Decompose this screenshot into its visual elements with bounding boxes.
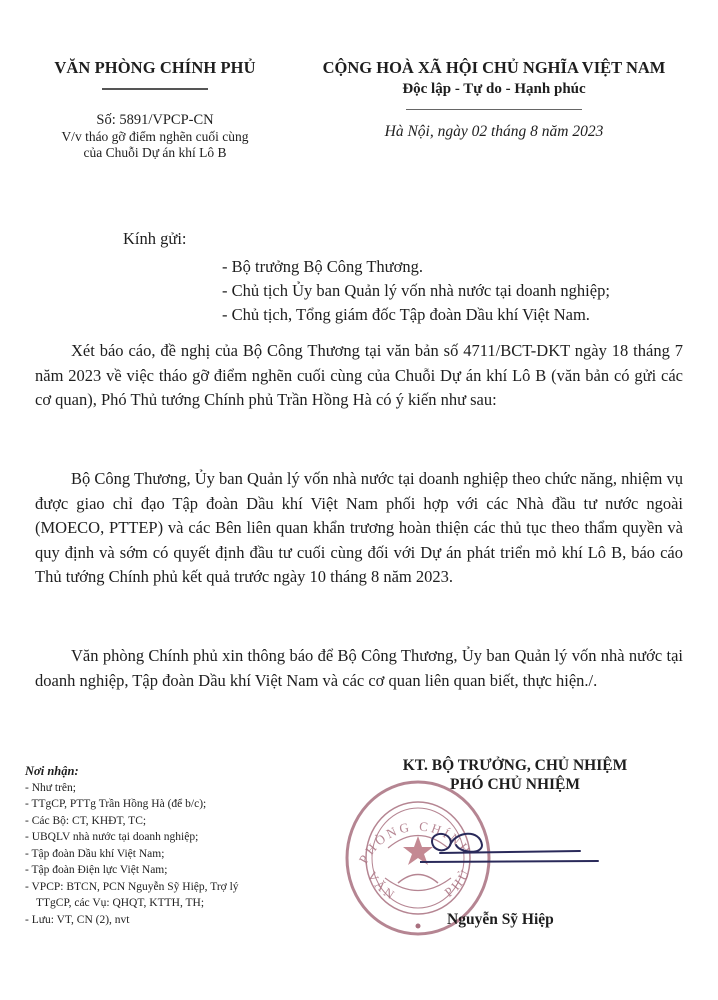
distribution-item: - Lưu: VT, CN (2), nvt [25, 912, 239, 929]
distribution-item: - Tập đoàn Dầu khí Việt Nam; [25, 846, 239, 863]
subject-line-1: V/v tháo gỡ điểm nghẽn cuối cùng [0, 129, 310, 145]
addressee-item: - Chủ tịch, Tổng giám đốc Tập đoàn Dầu k… [222, 303, 610, 327]
subject-line-2: của Chuỗi Dự án khí Lô B [0, 145, 310, 161]
addressee-list: - Bộ trưởng Bộ Công Thương. - Chủ tịch Ủ… [222, 255, 610, 327]
body-paragraph-2: Bộ Công Thương, Ủy ban Quản lý vốn nhà n… [35, 467, 683, 590]
motto-underline [406, 109, 582, 110]
paragraph-text: Xét báo cáo, đề nghị của Bộ Công Thương … [35, 339, 683, 413]
signature-block: KT. BỘ TRƯỞNG, CHỦ NHIỆM PHÓ CHỦ NHIỆM [360, 757, 670, 794]
issuer-block: VĂN PHÒNG CHÍNH PHỦ Số: 5891/VPCP-CN V/v… [0, 58, 310, 161]
distribution-item: - Như trên; [25, 780, 239, 797]
handwritten-signature-icon [420, 825, 600, 875]
document-number: Số: 5891/VPCP-CN [0, 112, 310, 129]
addressee-item: - Bộ trưởng Bộ Công Thương. [222, 255, 610, 279]
motto: Độc lập - Tự do - Hạnh phúc [284, 81, 704, 98]
issuer-underline [102, 88, 208, 90]
signature-subtitle: PHÓ CHỦ NHIỆM [360, 776, 670, 794]
distribution-title: Nơi nhận: [25, 763, 239, 780]
distribution-list: Nơi nhận: - Như trên; - TTgCP, PTTg Trần… [25, 763, 239, 928]
signature-title: KT. BỘ TRƯỞNG, CHỦ NHIỆM [360, 757, 670, 775]
nation-title: CỘNG HOÀ XÃ HỘI CHỦ NGHĨA VIỆT NAM [284, 58, 704, 78]
paragraph-text: Văn phòng Chính phủ xin thông báo để Bộ … [35, 644, 683, 693]
distribution-item: - Tập đoàn Điện lực Việt Nam; [25, 862, 239, 879]
place-date: Hà Nội, ngày 02 tháng 8 năm 2023 [284, 123, 704, 141]
distribution-item: - TTgCP, PTTg Trần Hồng Hà (để b/c); [25, 796, 239, 813]
distribution-item: - Các Bộ: CT, KHĐT, TC; [25, 813, 239, 830]
distribution-item: - UBQLV nhà nước tại doanh nghiệp; [25, 829, 239, 846]
issuer-name: VĂN PHÒNG CHÍNH PHỦ [0, 58, 310, 78]
paragraph-text: Bộ Công Thương, Ủy ban Quản lý vốn nhà n… [35, 467, 683, 590]
addressee-item: - Chủ tịch Ủy ban Quản lý vốn nhà nước t… [222, 279, 610, 303]
body-paragraph-1: Xét báo cáo, đề nghị của Bộ Công Thương … [35, 339, 683, 413]
body-paragraph-3: Văn phòng Chính phủ xin thông báo để Bộ … [35, 644, 683, 693]
national-header: CỘNG HOÀ XÃ HỘI CHỦ NGHĨA VIỆT NAM Độc l… [284, 58, 704, 141]
distribution-item: TTgCP, các Vụ: QHQT, KTTH, TH; [25, 895, 239, 912]
distribution-item: - VPCP: BTCN, PCN Nguyễn Sỹ Hiệp, Trợ lý [25, 879, 239, 896]
greeting: Kính gửi: [123, 229, 187, 249]
signer-name: Nguyễn Sỹ Hiệp [447, 911, 554, 929]
